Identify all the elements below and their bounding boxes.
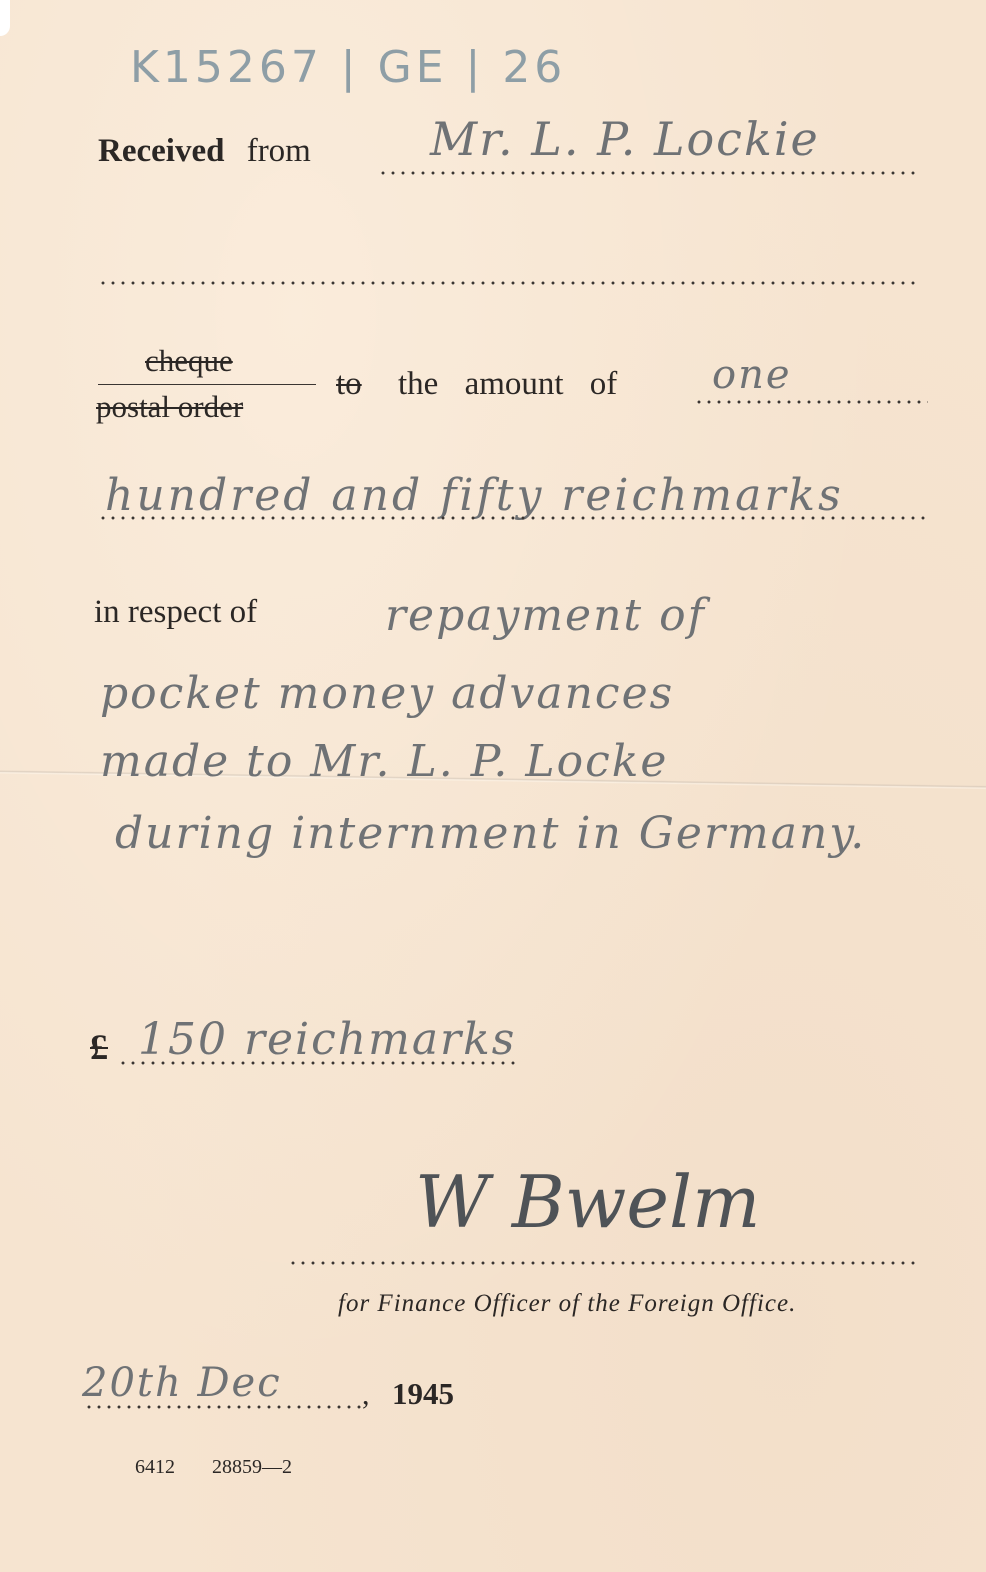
received-label: Received from <box>98 133 311 170</box>
form-code-2: 28859—2 <box>212 1456 292 1479</box>
received-from-dotted-line <box>378 171 918 175</box>
page-corner <box>0 0 10 36</box>
sum-value: 150 reichmarks <box>138 1014 516 1065</box>
received-label-bold: Received <box>98 133 224 169</box>
signature: W Bwelm <box>415 1160 760 1244</box>
receipt-paper: K15267 | GE | 26 Received from Mr. L. P.… <box>0 0 986 1572</box>
amount-label: the amount of <box>398 366 617 403</box>
purpose-line2: pocket money advances <box>100 668 674 719</box>
amount-words-line2: hundred and fifty reichmarks <box>105 470 844 521</box>
date-comma: , <box>362 1378 370 1412</box>
payment-option-cheque: cheque <box>145 343 233 379</box>
blank-dotted-line <box>98 281 918 285</box>
signature-caption: for Finance Officer of the Foreign Offic… <box>338 1290 796 1318</box>
date-day-month: 20th Dec <box>82 1360 282 1406</box>
form-code-1: 6412 <box>135 1456 175 1479</box>
payment-option-postal-order: postal order <box>96 389 243 425</box>
fraction-rule <box>98 384 316 385</box>
amount-dotted-line <box>694 400 928 404</box>
purpose-line4: during internment in Germany. <box>115 808 866 859</box>
purpose-label: in respect of <box>94 594 257 631</box>
purpose-line3: made to Mr. L. P. Locke <box>100 736 668 787</box>
amount-words-line1: one <box>712 352 792 398</box>
connector-to: to <box>336 366 362 403</box>
amount-words-dotted-line <box>98 516 928 520</box>
signature-dotted-line <box>288 1261 918 1265</box>
received-from-value: Mr. L. P. Lockie <box>430 112 820 166</box>
sum-dotted-line <box>118 1061 518 1065</box>
reference-note: K15267 | GE | 26 <box>130 42 566 93</box>
currency-symbol-struck: £ <box>90 1026 108 1068</box>
date-year: 1945 <box>392 1376 454 1412</box>
from-label: from <box>247 133 311 169</box>
date-dotted-line <box>84 1405 362 1409</box>
purpose-line1: repayment of <box>385 590 706 641</box>
